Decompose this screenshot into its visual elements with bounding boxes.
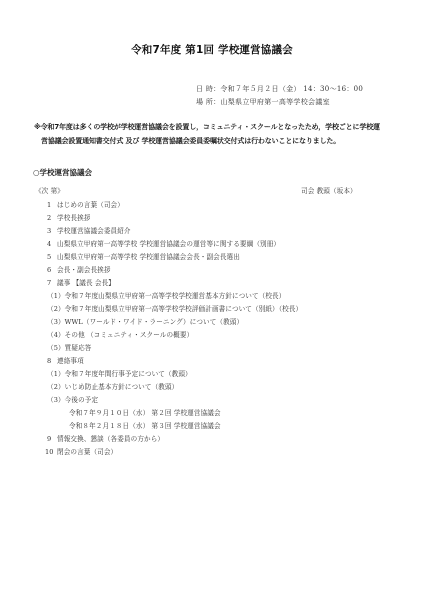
- agenda-subitem: （3）今後の予定: [47, 394, 98, 404]
- agenda-item: 9情報交換、懇談（各委員の方から）: [47, 433, 164, 443]
- agenda-subitem: （3）WWL（ワールド・ワイド・ラーニング）について（教頭）: [47, 316, 243, 326]
- section-heading: ○学校運営協議会: [33, 167, 92, 178]
- agenda-item: 8連絡事項: [47, 355, 84, 365]
- agenda-item: 2学校長挨拶: [47, 212, 90, 222]
- agenda-subitem: （5）質疑応答: [47, 342, 91, 352]
- meeting-datetime: 日 時：令和７年５月２日（金） 14：30～16：00: [196, 84, 363, 94]
- agenda-item: 5山梨県立甲府第一高等学校 学校運営協議会会長・副会長選出: [47, 251, 240, 261]
- agenda-item: 6会長・副会長挨拶: [47, 264, 111, 274]
- agenda-subitem: （2）令和７年度山梨県立甲府第一高等学校学校評価計画書について（別紙）（校長）: [47, 303, 302, 313]
- meeting-place: 場 所：山梨県立甲府第一高等学校会議室: [196, 97, 330, 107]
- agenda-item: 4山梨県立甲府第一高等学校 学校運営協議会の運営等に関する要綱（別冊）: [47, 238, 280, 248]
- notice-line-1: ※令和7年度は多くの学校が学校運営協議会を設置し，コミュニティ・スクールとなった…: [34, 122, 380, 132]
- notice-line-2: 営協議会設置通知書交付式 及び 学校運営協議会委員委嘱状交付式は行わないことにな…: [41, 136, 340, 146]
- agenda-item: 10閉会の言葉（司会）: [45, 446, 117, 456]
- agenda-subitem: （1）令和７年度年間行事予定について（教頭）: [47, 368, 192, 378]
- agenda-subitem: （1）令和７年度山梨県立甲府第一高等学校学校運営基本方針について（校長）: [47, 290, 285, 300]
- agenda-item: 3学校運営協議会委員紹介: [47, 225, 131, 235]
- agenda-label: 《次 第》: [35, 185, 64, 195]
- agenda-subitem: （2）いじめ防止基本方針について（教頭）: [47, 381, 178, 391]
- schedule-entry: 令和８年２月１８日（水） 第３回 学校運営協議会: [69, 420, 221, 430]
- moderator-label: 司会 教頭（坂本）: [301, 185, 357, 195]
- agenda-item: 7議事 【議長 会長】: [47, 277, 115, 287]
- document-title: 令和7年度 第1回 学校運営協議会: [0, 42, 424, 57]
- agenda-subitem: （4）その他 （コミュニティ・スクールの概要）: [47, 329, 193, 339]
- schedule-entry: 令和７年９月１０日（水） 第２回 学校運営協議会: [69, 407, 221, 417]
- agenda-item: 1はじめの言葉（司会）: [47, 199, 124, 209]
